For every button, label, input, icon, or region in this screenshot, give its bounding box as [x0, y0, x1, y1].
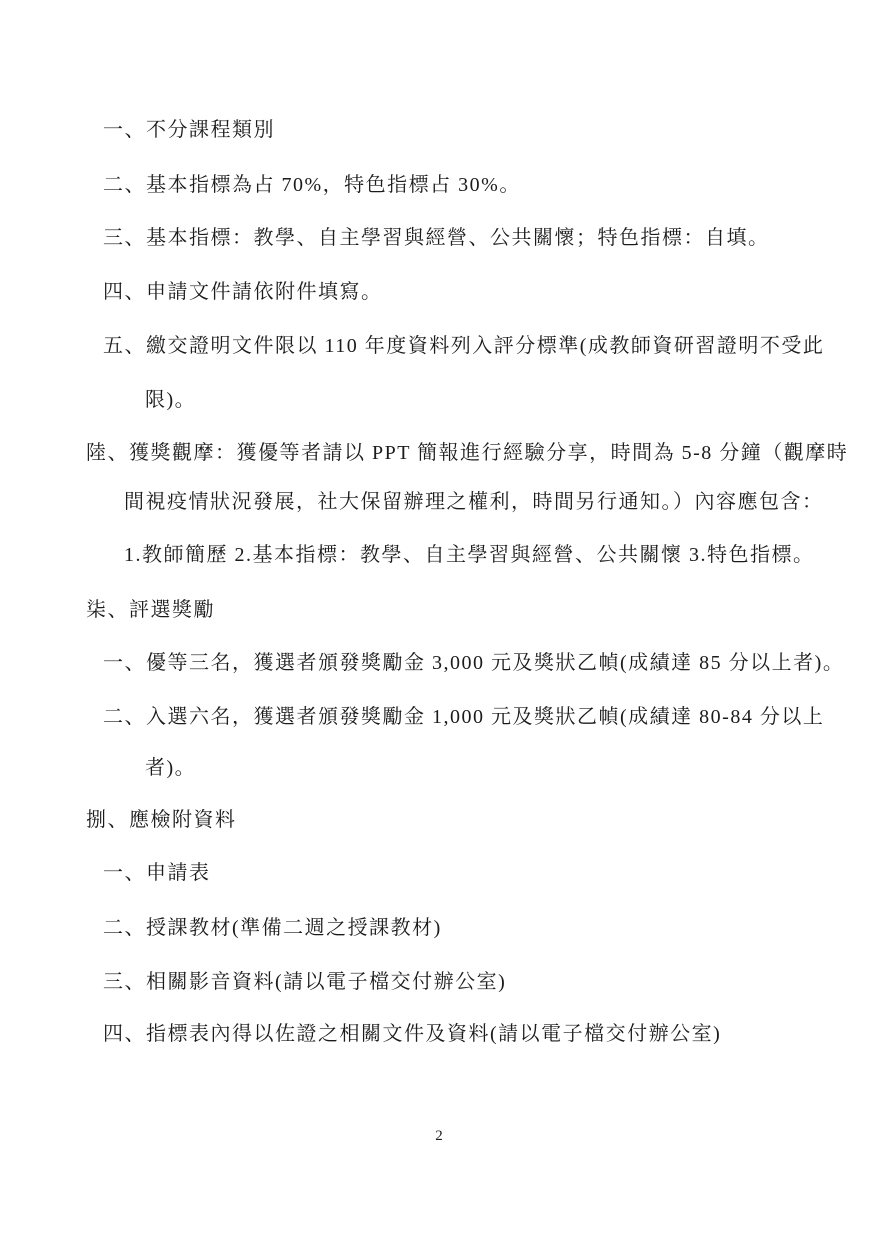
doc-line-item-4: 四、申請文件請依附件填寫。 [103, 279, 383, 306]
doc-line-item-2: 二、基本指標為占 70%，特色指標占 30%。 [103, 172, 521, 199]
doc-line-item-5: 五、繳交證明文件限以 110 年度資料列入評分標準(成教師資研習證明不受此 [103, 333, 824, 360]
doc-line-item-5-cont: 限)。 [145, 387, 196, 414]
doc-line-item-7-2-cont: 者)。 [145, 755, 196, 782]
doc-line-item-8-4: 四、指標表內得以佐證之相關文件及資料(請以電子檔交付辦公室) [103, 1021, 721, 1048]
doc-line-section-6-cont-1: 間視疫情狀況發展，社大保留辦理之權利，時間另行通知。）內容應包含： [124, 489, 824, 516]
doc-line-item-7-2: 二、入選六名，獲選者頒發獎勵金 1,000 元及獎狀乙幀(成績達 80-84 分… [103, 704, 824, 731]
doc-line-item-7-1: 一、優等三名，獲選者頒發獎勵金 3,000 元及獎狀乙幀(成績達 85 分以上者… [103, 650, 844, 677]
doc-line-item-3: 三、基本指標：教學、自主學習與經營、公共關懷；特色指標：自填。 [103, 225, 770, 252]
doc-line-section-8: 捌、應檢附資料 [86, 807, 237, 834]
doc-line-item-8-2: 二、授課教材(準備二週之授課教材) [103, 915, 442, 942]
doc-line-section-7: 柒、評選獎勵 [86, 597, 215, 624]
doc-line-item-8-3: 三、相關影音資料(請以電子檔交付辦公室) [103, 969, 506, 996]
doc-line-section-6-cont-2: 1.教師簡歷 2.基本指標：教學、自主學習與經營、公共關懷 3.特色指標。 [124, 542, 815, 569]
doc-line-item-8-1: 一、申請表 [103, 860, 211, 887]
doc-line-item-1: 一、不分課程類別 [103, 117, 275, 144]
page-number: 2 [0, 1128, 878, 1145]
doc-line-section-6: 陸、獲獎觀摩：獲優等者請以 PPT 簡報進行經驗分享，時間為 5-8 分鐘（觀摩… [86, 440, 848, 467]
document-page: 一、不分課程類別 二、基本指標為占 70%，特色指標占 30%。 三、基本指標：… [0, 0, 878, 1241]
